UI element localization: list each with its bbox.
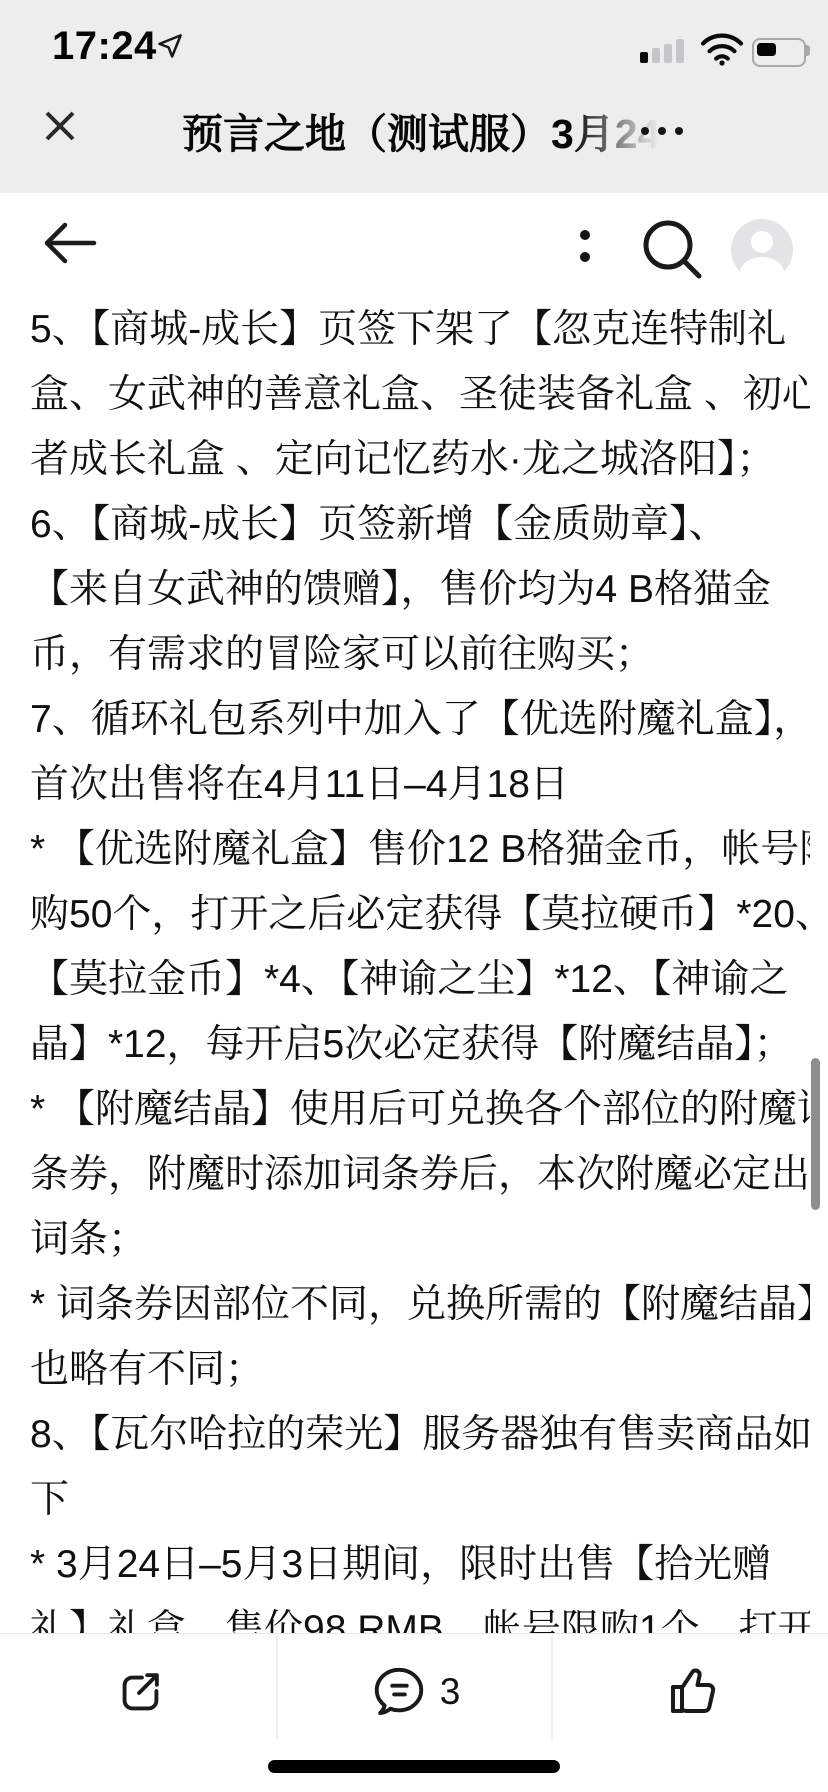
content-line: 词条； [30,1207,810,1272]
content-line: 者成长礼盒 、定向记忆药水·龙之城洛阳】； [30,427,810,492]
status-time: 17:24 [52,24,157,69]
battery-nub [806,45,810,56]
home-indicator[interactable] [268,1760,560,1773]
content-line: * 【优选附魔礼盒】售价12 B格猫金币，帐号限 [30,817,810,882]
comment-button[interactable]: 3 [330,1642,500,1742]
article-page: 5、【商城-成长】页签下架了【忽克连特制礼盒、女武神的善意礼盒、圣徒装备礼盒 、… [0,193,828,1633]
content-line: 下 [30,1467,810,1532]
avatar[interactable] [731,219,793,281]
content-line: * 3月24日–5月3日期间，限时出售【拾光赠 [30,1532,810,1597]
battery-fill [757,43,776,56]
cellular-signal-icon [640,37,692,63]
content-line: 购50个，打开之后必定获得【莫拉硬币】*20、 [30,882,810,947]
avatar-body [740,257,784,281]
close-button[interactable] [34,100,86,152]
content-line: 首次出售将在4月11日–4月18日 [30,752,810,817]
search-icon[interactable] [638,215,706,283]
share-icon [113,1665,167,1719]
content-line: 7、循环礼包系列中加入了【优选附魔礼盒】， [30,687,810,752]
content-line: 礼】礼盒，售价98 RMB，帐号限购1个，打开可 [30,1597,810,1633]
content-line: 晶】*12，每开启5次必定获得【附魔结晶】； [30,1012,810,1077]
toolbar-divider [551,1636,553,1739]
page-title: 预言之地（测试服）3月24 [182,101,668,155]
toolbar-divider [276,1636,278,1739]
battery-icon [752,38,806,67]
back-arrow-icon[interactable] [40,217,100,269]
content-line: 【莫拉金币】*4、【神谕之尘】*12、【神谕之 [30,947,810,1012]
comment-count: 3 [440,1671,461,1713]
thumbs-up-icon [664,1664,720,1720]
content-line: 【来自女武神的馈赠】，售价均为4 B格猫金 [30,557,810,622]
avatar-head [751,231,773,253]
content-line: 5、【商城-成长】页签下架了【忽克连特制礼 [30,297,810,362]
more-dots-icon[interactable] [641,121,703,141]
share-button[interactable] [60,1642,220,1742]
content-line: 8、【瓦尔哈拉的荣光】服务器独有售卖商品如 [30,1402,810,1467]
scrollbar-thumb[interactable] [811,1058,820,1210]
content-line: 盒、女武神的善意礼盒、圣徒装备礼盒 、初心 [30,362,810,427]
content-line: 6、【商城-成长】页签新增【金质勋章】、 [30,492,810,557]
location-arrow-icon [155,31,185,61]
content-line: 也略有不同； [30,1337,810,1402]
like-button[interactable] [612,1642,772,1742]
status-nav-chrome: 17:24 预言之地（测试服）3月24 [0,0,828,193]
comment-bubble-icon [370,1663,428,1721]
two-dot-menu-icon[interactable] [572,226,598,268]
content-line: * 词条券因部位不同，兑换所需的【附魔结晶】 [30,1272,810,1337]
content-line: 条券，附魔时添加词条券后，本次附魔必定出现 [30,1142,810,1207]
content-line: 币，有需求的冒险家可以前往购买； [30,622,810,687]
article-text: 5、【商城-成长】页签下架了【忽克连特制礼盒、女武神的善意礼盒、圣徒装备礼盒 、… [30,297,810,1633]
wifi-icon [700,33,744,66]
content-line: * 【附魔结晶】使用后可兑换各个部位的附魔词 [30,1077,810,1142]
